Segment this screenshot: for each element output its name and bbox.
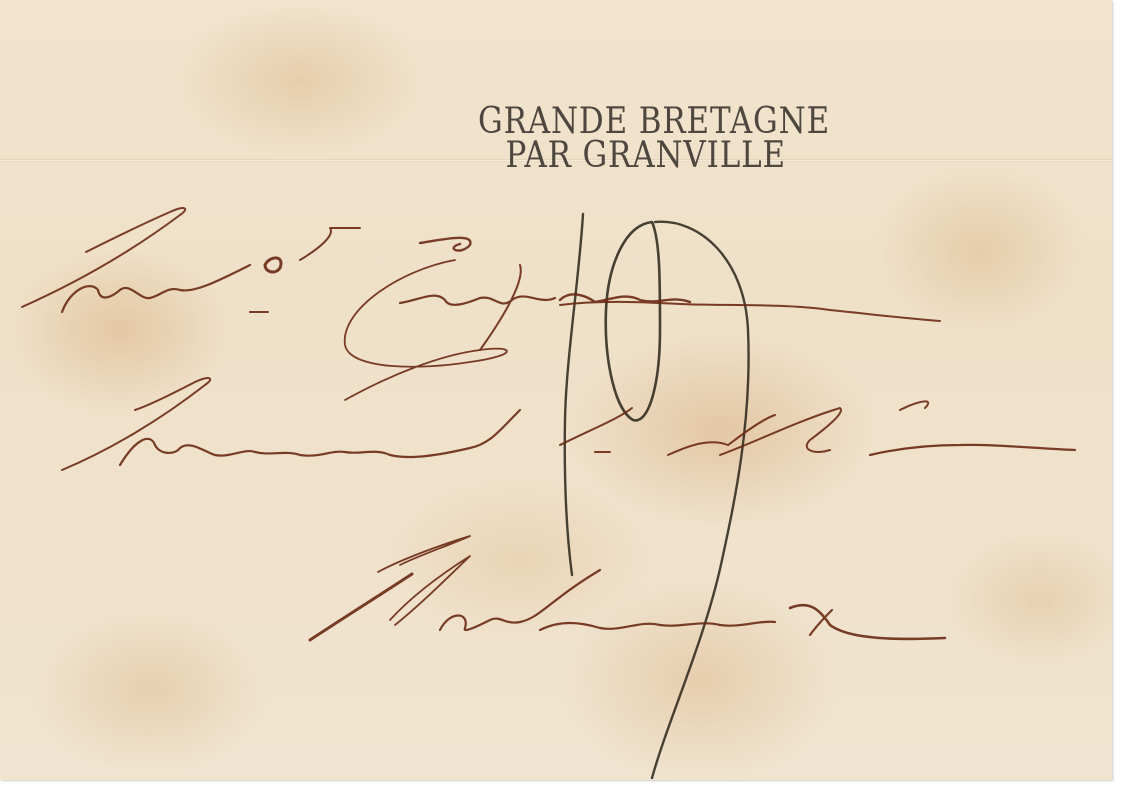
svg-text:Bordeaux: Bordeaux (0, 0, 62, 4)
handwritten-address: Mons. Clossmann Marchand de Vin Bordeaux (0, 0, 1130, 800)
